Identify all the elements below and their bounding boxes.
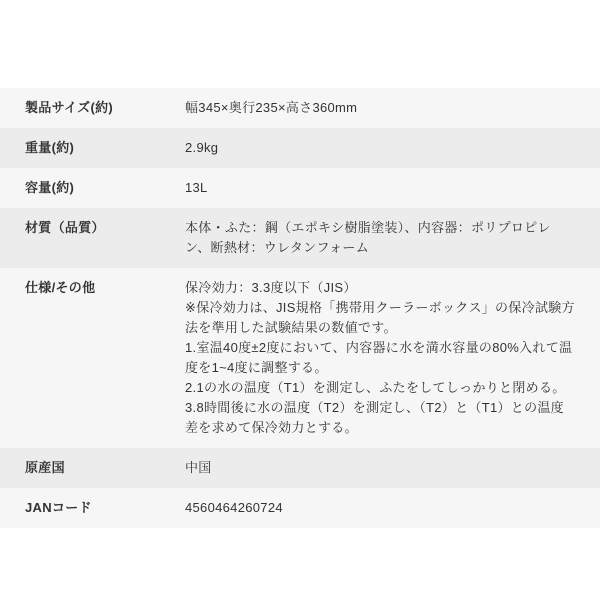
spec-value-line: 保冷効力：3.3度以下（JIS） bbox=[185, 278, 575, 298]
spec-row-material: 材質（品質） 本体・ふた：鋼（エポキシ樹脂塗装）、内容器：ポリプロピレン、断熱材… bbox=[0, 208, 600, 268]
row-label: 仕様/その他 bbox=[25, 278, 185, 298]
row-label: 製品サイズ(約) bbox=[25, 98, 185, 118]
row-label: 原産国 bbox=[25, 458, 185, 478]
row-label: 容量(約) bbox=[25, 178, 185, 198]
row-value: 4560464260724 bbox=[185, 498, 575, 518]
spec-value-line: 1.室温40度±2度において、内容器に水を満水容量の80%入れて温度を1~4度に… bbox=[185, 338, 575, 378]
spec-row-jan-code: JANコード 4560464260724 bbox=[0, 488, 600, 528]
spec-row-specs-other: 仕様/その他 保冷効力：3.3度以下（JIS） ※保冷効力は、JIS規格「携帯用… bbox=[0, 268, 600, 448]
row-value: 本体・ふた：鋼（エポキシ樹脂塗装）、内容器：ポリプロピレン、断熱材：ウレタンフォ… bbox=[185, 218, 575, 258]
spec-value-line: 2.1の水の温度（T1）を測定し、ふたをしてしっかりと閉める。 bbox=[185, 378, 575, 398]
row-value: 2.9kg bbox=[185, 138, 575, 158]
spec-row-size: 製品サイズ(約) 幅345×奥行235×高さ360mm bbox=[0, 88, 600, 128]
row-value: 保冷効力：3.3度以下（JIS） ※保冷効力は、JIS規格「携帯用クーラーボック… bbox=[185, 278, 575, 438]
product-spec-table: 製品サイズ(約) 幅345×奥行235×高さ360mm 重量(約) 2.9kg … bbox=[0, 88, 600, 528]
row-label: JANコード bbox=[25, 498, 185, 518]
spec-row-country-of-origin: 原産国 中国 bbox=[0, 448, 600, 488]
row-value: 中国 bbox=[185, 458, 575, 478]
spec-row-weight: 重量(約) 2.9kg bbox=[0, 128, 600, 168]
spec-value-line: 3.8時間後に水の温度（T2）を測定し、（T2）と（T1）との温度差を求めて保冷… bbox=[185, 398, 575, 438]
row-label: 材質（品質） bbox=[25, 218, 185, 238]
row-value: 幅345×奥行235×高さ360mm bbox=[185, 98, 575, 118]
row-label: 重量(約) bbox=[25, 138, 185, 158]
spec-row-capacity: 容量(約) 13L bbox=[0, 168, 600, 208]
row-value: 13L bbox=[185, 178, 575, 198]
spec-value-line: ※保冷効力は、JIS規格「携帯用クーラーボックス」の保冷試験方法を準用した試験結… bbox=[185, 298, 575, 338]
